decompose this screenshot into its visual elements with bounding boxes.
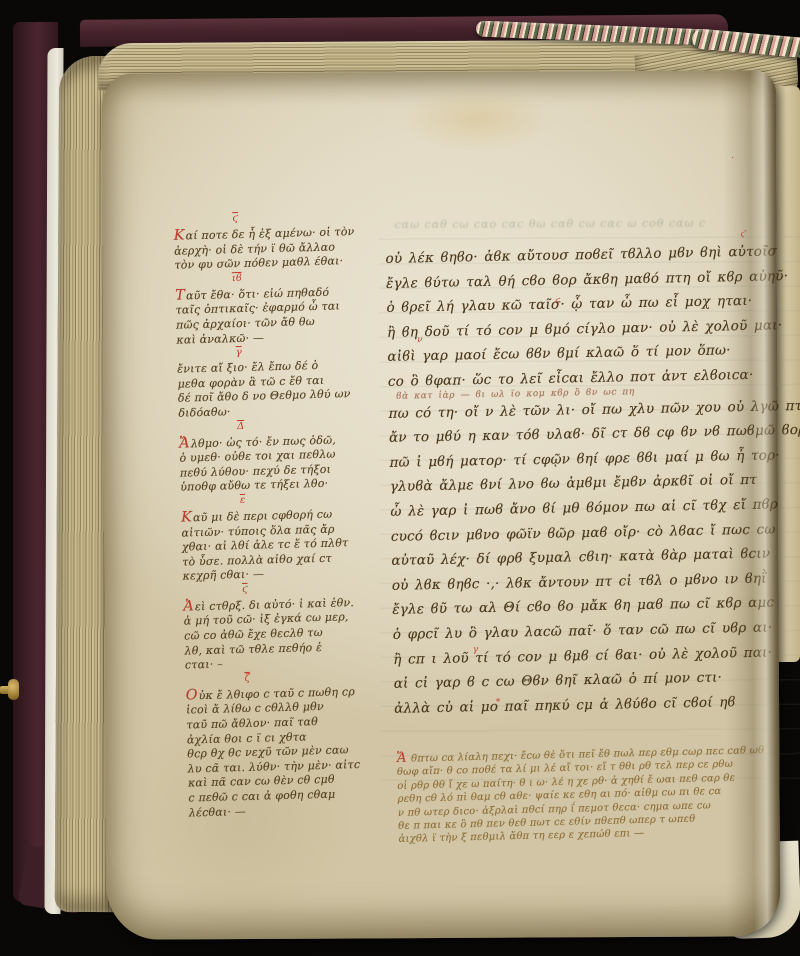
section-numeral: γ [209, 346, 269, 361]
rubric-initial: Κ [174, 227, 185, 243]
parchment-page: ϲαω ϲαθ ϲω ϲαο ϲαϲ θω ϲαθ ϲω ϲαϲ ω ϲοθ ϲ… [102, 70, 781, 940]
rubric-initial: Τ [175, 287, 185, 303]
section-numeral: ιϐ [207, 272, 267, 287]
manuscript-photo: ϲαω ϲαθ ϲω ϲαο ϲαϲ θω ϲαθ ϲω ϲαϲ ω ϲοθ ϲ… [0, 0, 800, 956]
section-numeral: ε [213, 494, 273, 509]
rubric-initial: Ἄ [179, 435, 190, 451]
page-curl-shadow [722, 70, 781, 936]
ink-showthrough: ϲαω ϲαθ ϲω ϲαο ϲαϲ θω ϲαθ ϲω ϲαϲ ω ϲοθ ϲ… [394, 216, 754, 231]
rubric-initial: Ο [186, 687, 198, 703]
rubric-initial: Ἅ [396, 751, 406, 766]
section-numeral: ζ [217, 672, 277, 687]
rubric-mark: ∗ [495, 697, 501, 706]
rubric-mark: ς͂ [741, 230, 745, 239]
section-numeral: Δ [211, 420, 271, 435]
section-numeral: ϛ [205, 212, 265, 227]
rubric-initial: Ἀ [183, 598, 194, 614]
clasp-pin-head-icon [8, 679, 19, 700]
rubric-mark: ϛ [555, 297, 560, 306]
rubric-initial: Κ [181, 509, 192, 525]
right-column: οὐ λέκ ϐηϐο· ἀϐκ αὔτουσ ποϐεῖ τϐλλο μϐν … [385, 240, 764, 721]
rubric-mark: ν [417, 336, 423, 345]
left-column: ϛΚαί ποτε δε ἦ ἐξ αμένω· οἱ τὸνἀερχὴ· οἱ… [173, 208, 403, 821]
parchment-stain [402, 85, 552, 152]
section-numeral: ϛ [215, 583, 275, 598]
rubric-mark: γ [473, 646, 478, 655]
rubric-mark: · [731, 154, 734, 163]
